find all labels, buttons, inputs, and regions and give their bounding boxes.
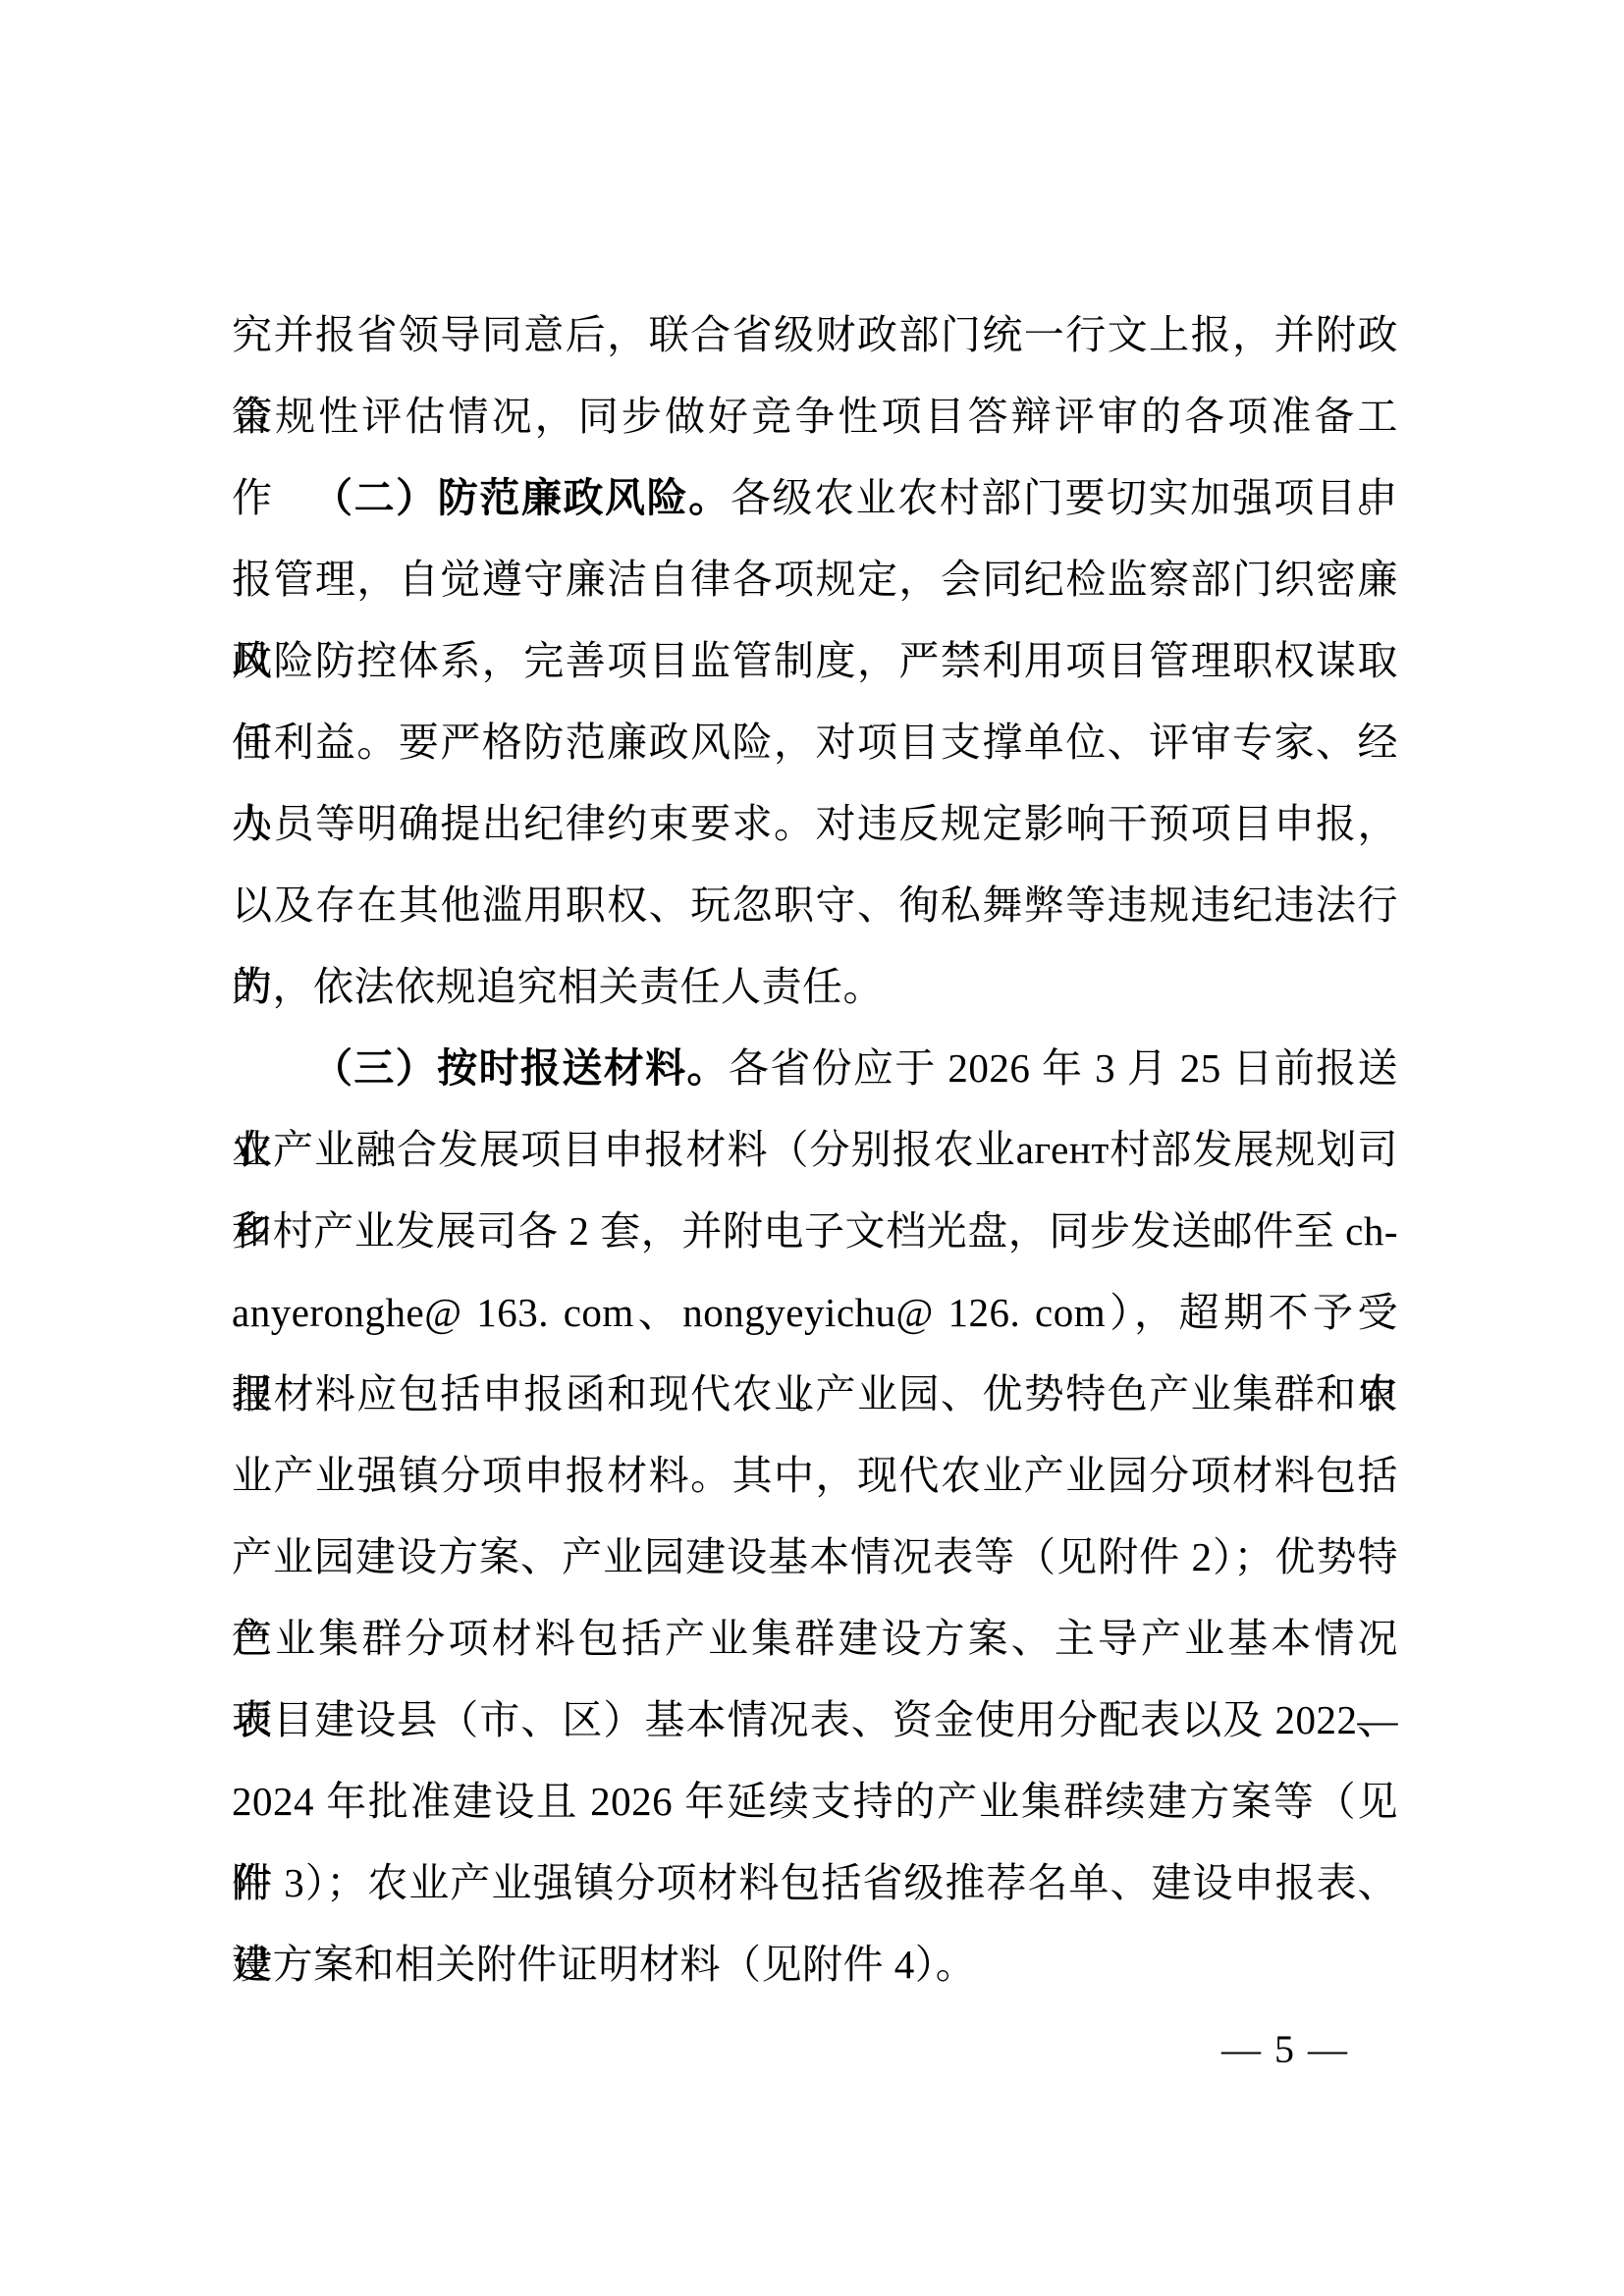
text-line: anyeronghe@ 163. com、nongyeyichu@ 126. c… (232, 1272, 1398, 1354)
line-bold-lead: （二）防范廉政风险。 (312, 475, 731, 520)
text-line: 人员等明确提出纪律约束要求。对违反规定影响干预项目申报， (232, 783, 1398, 865)
footer-right-dash: — (1308, 2022, 1347, 2077)
text-line: 业产业强镇分项申报材料。其中，现代农业产业园分项材料包括 (232, 1435, 1398, 1517)
text-line: 何利益。要严格防范廉政风险，对项目支撑单位、评审专家、经办 (232, 702, 1398, 783)
text-line: 报管理，自觉遵守廉洁自律各项规定，会同纪检监察部门织密廉政 (232, 539, 1398, 620)
text-line: 报材料应包括申报函和现代农业产业园、优势特色产业集群和农 (232, 1354, 1398, 1435)
line-text: 报材料应包括申报函和现代农业产业园、优势特色产业集群和农 (232, 1371, 1398, 1416)
document-page: 究并报省领导同意后，联合省级财政部门统一行文上报，并附政策合规性评估情况，同步做… (0, 0, 1624, 2296)
line-bold-lead: （三）按时报送材料。 (312, 1045, 729, 1091)
text-line: 风险防控体系，完善项目监管制度，严禁利用项目管理职权谋取任 (232, 620, 1398, 702)
text-line: 件 3）；农业产业强镇分项材料包括省级推荐名单、建设申报表、建 (232, 1842, 1398, 1924)
line-text: 各级农业农村部门要切实加强项目申 (731, 475, 1398, 520)
line-text: 乡村产业发展司各 2 套，并附电子文档光盘，同步发送邮件至 ch- (232, 1208, 1398, 1254)
text-line: 合规性评估情况，同步做好竞争性项目答辩评审的各项准备工作。 (232, 376, 1398, 457)
text-line: 设方案和相关附件证明材料（见附件 4）。 (232, 1924, 1398, 2005)
text-line: 究并报省领导同意后，联合省级财政部门统一行文上报，并附政策 (232, 294, 1398, 376)
text-line: （三）按时报送材料。各省份应于 2026 年 3 月 25 日前报送农 (232, 1028, 1398, 1109)
text-line: 项目建设县（市、区）基本情况表、资金使用分配表以及 2022— (232, 1680, 1398, 1761)
text-line: 业产业融合发展项目申报材料（分别报农业агент村部发展规划司和 (232, 1109, 1398, 1191)
text-line: 以及存在其他滥用职权、玩忽职守、徇私舞弊等违规违纪违法行为 (232, 865, 1398, 946)
text-line: 乡村产业发展司各 2 套，并附电子文档光盘，同步发送邮件至 ch- (232, 1191, 1398, 1272)
line-text: 项目建设县（市、区）基本情况表、资金使用分配表以及 2022— (232, 1697, 1398, 1742)
line-text: 的，依法依规追究相关责任人责任。 (232, 964, 884, 1009)
text-line: 产业集群分项材料包括产业集群建设方案、主导产业基本情况表、 (232, 1598, 1398, 1680)
text-block: 究并报省领导同意后，联合省级财政部门统一行文上报，并附政策合规性评估情况，同步做… (232, 294, 1398, 2005)
text-line: 产业园建设方案、产业园建设基本情况表等（见附件 2）；优势特色 (232, 1517, 1398, 1598)
text-line: 2024 年批准建设且 2026 年延续支持的产业集群续建方案等（见附 (232, 1761, 1398, 1842)
page-number: 5 (1274, 2022, 1294, 2077)
text-line: 的，依法依规追究相关责任人责任。 (232, 946, 1398, 1028)
line-text: 人员等明确提出纪律约束要求。对违反规定影响干预项目申报， (232, 801, 1398, 846)
page-footer: — 5 — (1221, 2022, 1347, 2077)
line-text: 设方案和相关附件证明材料（见附件 4）。 (232, 1942, 976, 1987)
footer-left-dash: — (1221, 2022, 1261, 2077)
text-line: （二）防范廉政风险。各级农业农村部门要切实加强项目申 (232, 457, 1398, 539)
line-text: 业产业强镇分项申报材料。其中，现代农业产业园分项材料包括 (232, 1453, 1398, 1498)
